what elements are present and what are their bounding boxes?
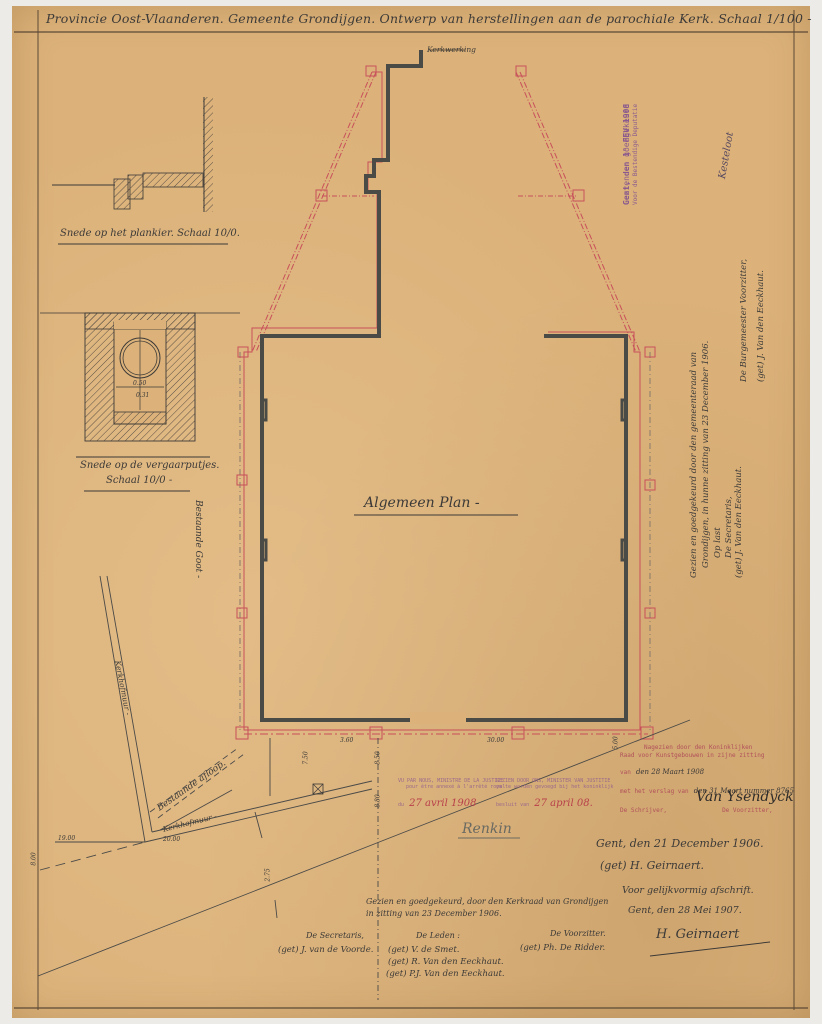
stamp-line: du	[398, 802, 404, 808]
church-walls	[262, 50, 626, 720]
note-line: (get) J. Van den Eeckhaut.	[757, 259, 766, 382]
note-line: Grondijgen, in hunne zitting van 23 Dece…	[702, 258, 711, 578]
stamp-line: met het verslag van	[620, 788, 689, 795]
dim-7-50: 7.50	[304, 751, 310, 764]
note-line: De Burgemeester Voorzitter,	[740, 259, 749, 382]
copy-conformity-line: Voor gelijkvormig afschrift.	[622, 886, 754, 896]
architect-date-line: Gent, den 21 December 1906.	[596, 838, 764, 849]
church-council-approval-1: Gezien en goedgekeurd, door den Kerkraad…	[366, 898, 608, 906]
stamp-line: Raad voor Kunstgebouwen in zijne zitting	[620, 752, 794, 760]
chairman-name: (get) Ph. De Ridder.	[520, 944, 605, 953]
members-title: De Leden :	[416, 932, 460, 940]
dim-30-00: 30.00	[487, 738, 504, 744]
stamp-line: besluit van	[496, 802, 529, 808]
stamp-line: Nagezien door den Koninklijken	[620, 744, 794, 752]
geirnaert-flourish	[650, 942, 770, 956]
minister-signature: Renkin	[462, 822, 512, 836]
ministry-stamp-fr: VU PAR NOUS, MINISTRE DE LA JUSTICE pour…	[398, 778, 505, 810]
plank-section-detail	[52, 97, 228, 244]
stamp-line: De Schrijver,	[620, 807, 667, 814]
dim-3-60: 3.60	[340, 738, 353, 744]
ministry-date-fr: 27 avril 1908	[409, 798, 476, 809]
drain-section-label-2: Schaal 10/0 -	[106, 476, 172, 486]
commission-stamp: Nagezien door den Koninklijken Raad voor…	[620, 744, 794, 816]
main-entrance-gap	[410, 712, 466, 724]
architect-name: (get) H. Geirnaert.	[600, 860, 704, 871]
dim-8-50: 8.50	[376, 751, 382, 764]
secretary-name: (get) J. van de Voorde.	[278, 946, 373, 955]
plan-title: Algemeen Plan -	[364, 496, 480, 510]
tower-label: Kerkwerking	[427, 46, 476, 54]
drain-dim-width: 0.50	[133, 381, 146, 387]
commission-signature: Van Ysendyck	[696, 790, 794, 804]
dim-20-00: 20.00	[163, 837, 180, 843]
member-3: (get) P.J. Van den Eeckhaut.	[386, 970, 505, 979]
chairman-title: De Voorzitter.	[550, 930, 606, 938]
member-1: (get) V. de Smet.	[388, 946, 459, 955]
note-line: De Secretaris,	[725, 258, 734, 578]
stamp-line: van	[620, 769, 631, 776]
plank-section-label: Snede op het plankier. Schaal 10/0.	[60, 229, 240, 239]
church-council-approval-2: in zitting van 23 December 1906.	[366, 910, 502, 918]
drain-dim-height: 0.31	[136, 393, 149, 399]
existing-gutter-label: Bestaande Goot -	[193, 500, 202, 578]
stamp-line: De Voorzitter,	[722, 807, 773, 814]
drain-section-label-1: Snede op de vergaarputjes.	[80, 461, 219, 471]
member-2: (get) R. Van den Eeckhaut.	[388, 958, 504, 967]
note-line: Op last	[714, 258, 723, 578]
architect-signature: H. Geirnaert	[656, 928, 739, 941]
ministry-stamp-nl: GEZIEN DOOR ONS, MINISTER VAN JUSTITIE o…	[496, 778, 613, 810]
provincial-approval-stamp: Gezien en goedgekeurd Gent, den 1° FEV 1…	[622, 104, 640, 205]
drawing-title: Provincie Oost-Vlaanderen. Gemeente Gron…	[46, 13, 812, 26]
commission-date: den 28 Maart 1908	[636, 768, 704, 776]
dim-8-00: 8.00	[32, 852, 38, 865]
mayor-signature-block: De Burgemeester Voorzitter, (get) J. Van…	[740, 259, 765, 382]
gutter-outline-red	[240, 72, 650, 734]
note-line: Gezien en goedgekeurd door den gemeenter…	[690, 258, 699, 578]
dim-2-75: 2.75	[266, 868, 272, 881]
copy-date: Gent, den 28 Mei 1907.	[628, 906, 742, 916]
secretary-title: De Secretaris,	[306, 932, 364, 940]
dim-19-00: 19.00	[58, 836, 75, 842]
dim-8-80: 8.80	[376, 794, 382, 807]
stamp-line: Voor de Bestendige Deputatie	[632, 104, 640, 205]
dim-5-00: 5.00	[614, 736, 620, 749]
council-approval-note: Gezien en goedgekeurd door den gemeenter…	[690, 258, 744, 578]
ministry-date-nl: 27 april 08.	[534, 798, 593, 809]
downspout-markers	[236, 66, 655, 739]
stamp-date: Gent, den 1° FEV 1908	[622, 104, 632, 205]
